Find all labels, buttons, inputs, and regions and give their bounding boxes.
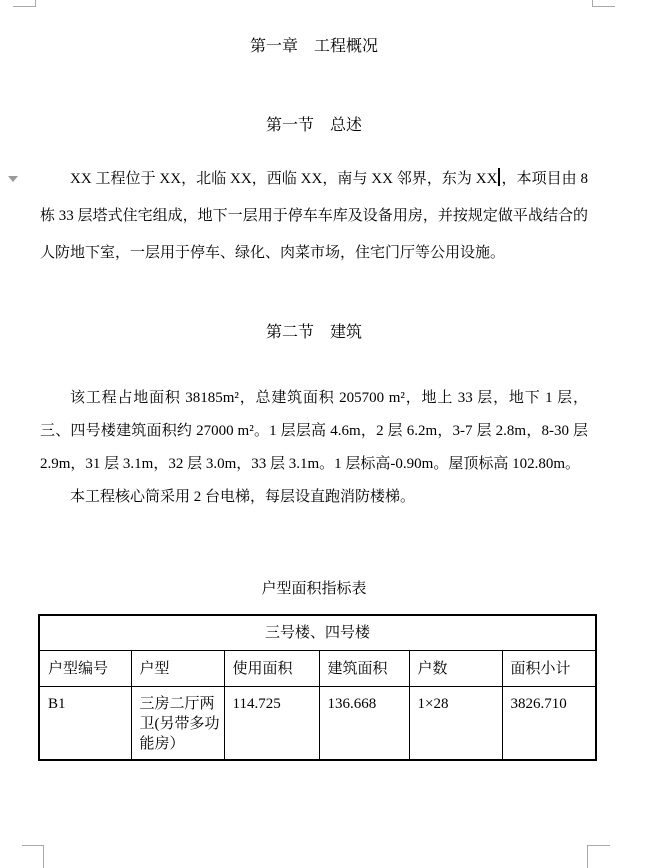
- area-table-caption[interactable]: 户型面积指标表: [40, 578, 588, 600]
- cell-construction-area[interactable]: 136.668: [319, 687, 409, 761]
- column-header-usable-area[interactable]: 使用面积: [224, 651, 319, 687]
- cell-unit-count[interactable]: 1×28: [409, 687, 502, 761]
- column-header-area-subtotal[interactable]: 面积小计: [502, 651, 596, 687]
- overview-paragraph[interactable]: XX 工程位于 XX，北临 XX，西临 XX，南与 XX 邻界，东为 XX，本项…: [40, 161, 588, 272]
- margin-arrow-icon: [8, 176, 18, 182]
- building-paragraph-areas[interactable]: 该工程占地面积 38185m²，总建筑面积 205700 m²，地上 33 层，…: [40, 382, 588, 481]
- table-group-header-row: 三号楼、四号楼: [39, 615, 596, 651]
- text-boundary-mark-top-right: [592, 0, 615, 7]
- text-boundary-mark-bottom-right: [587, 845, 610, 868]
- text-boundary-mark-top-left: [13, 0, 36, 7]
- cell-usable-area[interactable]: 114.725: [224, 687, 319, 761]
- column-header-unit-code[interactable]: 户型编号: [39, 651, 131, 687]
- cell-unit-code[interactable]: B1: [39, 687, 131, 761]
- column-header-unit-type[interactable]: 户型: [131, 651, 224, 687]
- document-content: 第一章 工程概况 第一节 总述 XX 工程位于 XX，北临 XX，西临 XX，南…: [40, 0, 588, 761]
- unit-area-table: 三号楼、四号楼 户型编号 户型 使用面积 建筑面积 户数 面积小计 B1 三房二…: [38, 614, 597, 761]
- building-paragraph-elevators[interactable]: 本工程核心筒采用 2 台电梯，每层设直跑消防楼梯。: [40, 481, 588, 514]
- document-page: 第一章 工程概况 第一节 总述 XX 工程位于 XX，北临 XX，西临 XX，南…: [0, 0, 647, 868]
- chapter-title[interactable]: 第一章 工程概况: [40, 36, 588, 58]
- text-boundary-mark-bottom-left: [22, 845, 44, 868]
- cell-unit-type[interactable]: 三房二厅两卫(另带多功能房）: [131, 687, 224, 761]
- overview-paragraph-text-before-cursor: XX 工程位于 XX，北临 XX，西临 XX，南与 XX 邻界，东为 XX: [70, 171, 497, 187]
- column-header-construction-area[interactable]: 建筑面积: [319, 651, 409, 687]
- section-overview-title[interactable]: 第一节 总述: [40, 115, 588, 137]
- column-header-unit-count[interactable]: 户数: [409, 651, 502, 687]
- cell-area-subtotal[interactable]: 3826.710: [502, 687, 596, 761]
- table-group-header[interactable]: 三号楼、四号楼: [39, 615, 596, 651]
- section-building-title[interactable]: 第二节 建筑: [40, 322, 588, 344]
- table-row: B1 三房二厅两卫(另带多功能房） 114.725 136.668 1×28 3…: [39, 687, 596, 761]
- table-column-header-row: 户型编号 户型 使用面积 建筑面积 户数 面积小计: [39, 651, 596, 687]
